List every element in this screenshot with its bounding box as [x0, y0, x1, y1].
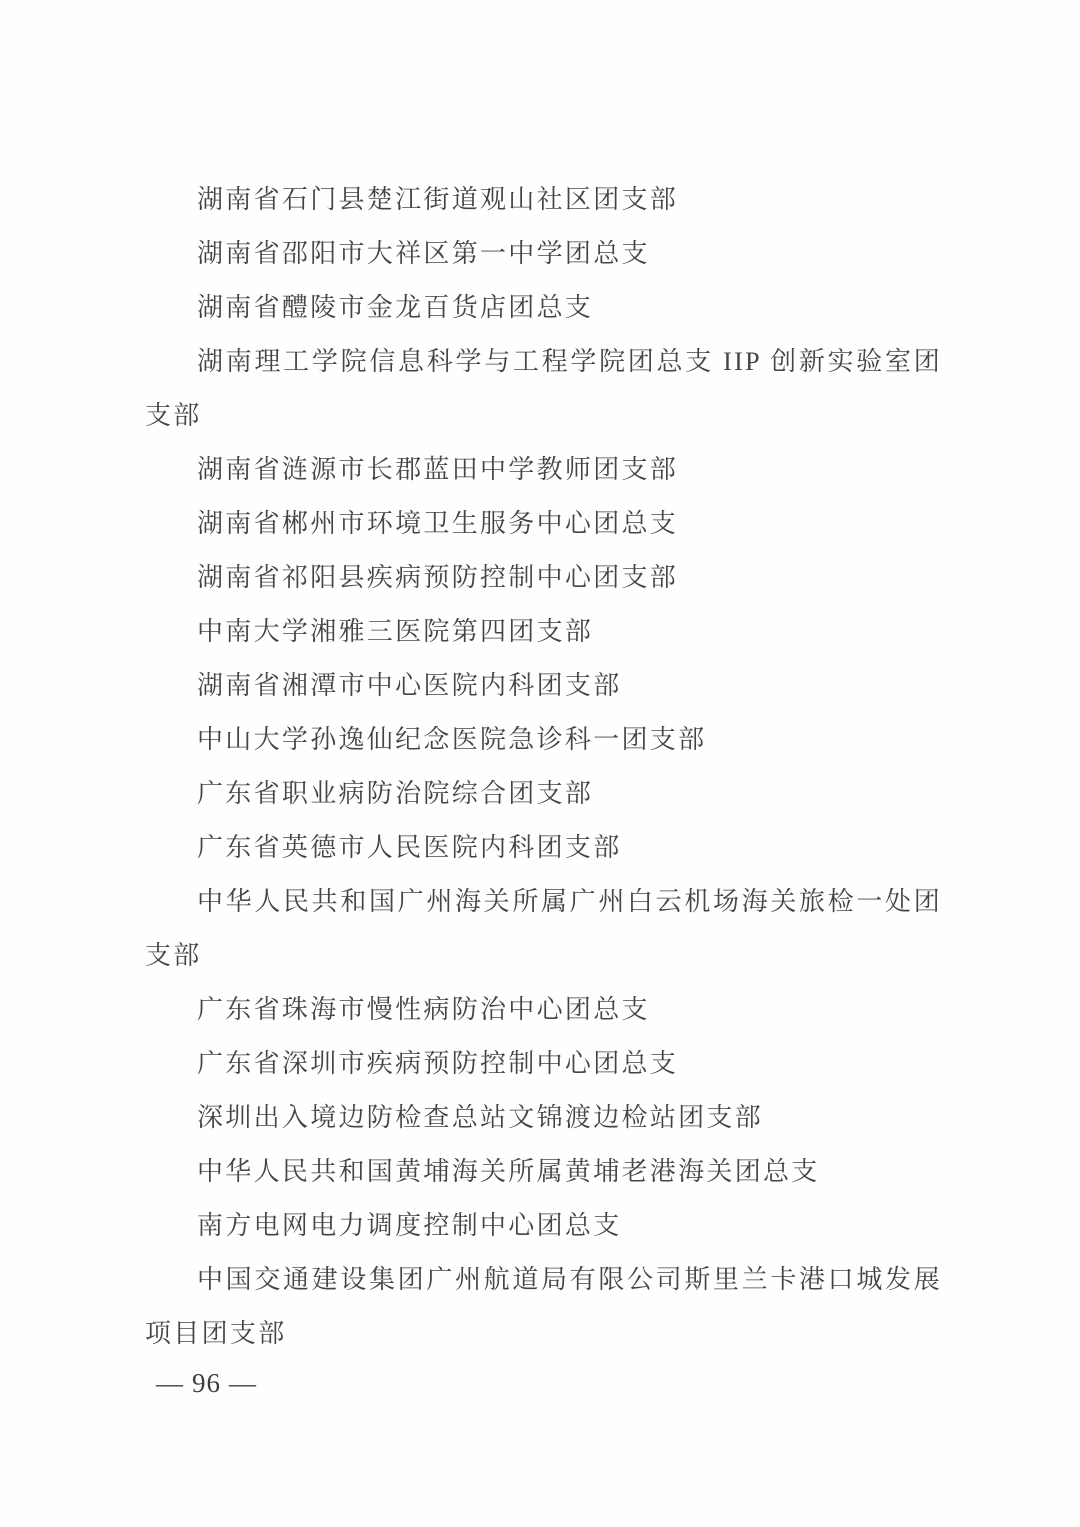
branch-list-item: 广东省英德市人民医院内科团支部	[145, 821, 942, 875]
document-page: 湖南省石门县楚江街道观山社区团支部 湖南省邵阳市大祥区第一中学团总支 湖南省醴陵…	[0, 0, 1080, 1527]
page-number-left-dash: —	[148, 1356, 192, 1410]
branch-list-item: 湖南省石门县楚江街道观山社区团支部	[145, 173, 942, 227]
branch-list-item: 广东省职业病防治院综合团支部	[145, 767, 942, 821]
branch-list: 湖南省石门县楚江街道观山社区团支部 湖南省邵阳市大祥区第一中学团总支 湖南省醴陵…	[145, 173, 942, 1361]
page-number: —96—	[148, 1356, 265, 1410]
page-number-right-dash: —	[221, 1356, 265, 1410]
branch-list-item: 广东省深圳市疾病预防控制中心团总支	[145, 1037, 942, 1091]
branch-list-item: 湖南省涟源市长郡蓝田中学教师团支部	[145, 443, 942, 497]
page-number-value: 96	[192, 1368, 221, 1398]
branch-list-item: 广东省珠海市慢性病防治中心团总支	[145, 983, 942, 1037]
branch-list-item: 湖南理工学院信息科学与工程学院团总支 IIP 创新实验室团支部	[145, 335, 942, 443]
branch-list-item: 南方电网电力调度控制中心团总支	[145, 1199, 942, 1253]
branch-list-item: 湖南省祁阳县疾病预防控制中心团支部	[145, 551, 942, 605]
branch-list-item: 中华人民共和国广州海关所属广州白云机场海关旅检一处团支部	[145, 875, 942, 983]
branch-list-item: 湖南省邵阳市大祥区第一中学团总支	[145, 227, 942, 281]
branch-list-item: 中山大学孙逸仙纪念医院急诊科一团支部	[145, 713, 942, 767]
branch-list-item: 湖南省醴陵市金龙百货店团总支	[145, 281, 942, 335]
branch-list-item: 中南大学湘雅三医院第四团支部	[145, 605, 942, 659]
branch-list-item: 湖南省郴州市环境卫生服务中心团总支	[145, 497, 942, 551]
branch-list-item: 中华人民共和国黄埔海关所属黄埔老港海关团总支	[145, 1145, 942, 1199]
branch-list-item: 深圳出入境边防检查总站文锦渡边检站团支部	[145, 1091, 942, 1145]
branch-list-item: 中国交通建设集团广州航道局有限公司斯里兰卡港口城发展项目团支部	[145, 1253, 942, 1361]
branch-list-item: 湖南省湘潭市中心医院内科团支部	[145, 659, 942, 713]
